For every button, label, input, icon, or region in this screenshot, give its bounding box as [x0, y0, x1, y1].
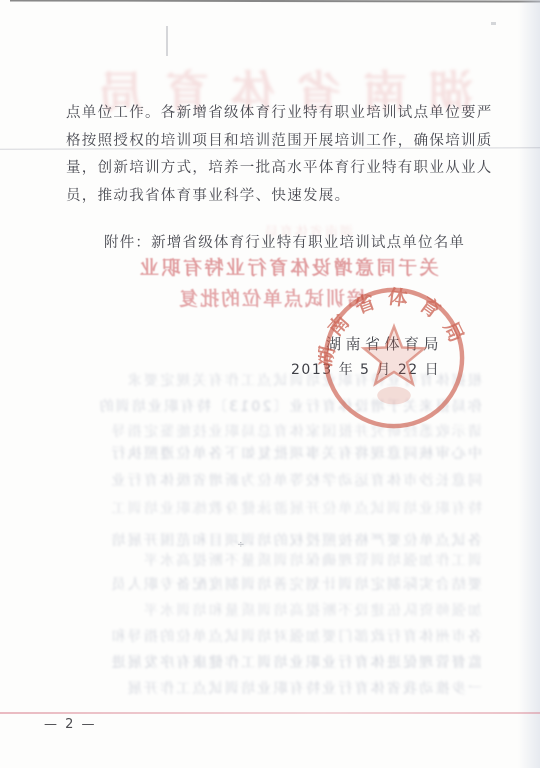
bleedthrough-gray-line: 同意长沙市体育运动学校等单位为新增省级体育行业 — [56, 470, 482, 490]
body-line: 量，创新培训方式，培养一批高水平体育行业特有职业从业人 — [66, 155, 486, 183]
bleedthrough-gray-line: 要结合实际制定培训计划完善培训制度配备专职人员 — [56, 574, 482, 594]
body-line: 点单位工作。各新增省级体育行业特有职业培训试点单位要严 — [66, 100, 486, 128]
bleedthrough-red-title-line1: 关于同意增设体育行业特有职业 — [136, 253, 440, 280]
body-paragraph: 点单位工作。各新增省级体育行业特有职业培训试点单位要严 格按照授权的培训项目和培… — [66, 100, 486, 210]
scan-edge-line — [10, 0, 540, 3]
bleedthrough-gray-line: 特有职业培训试点单位开展游泳健身教练职业培训工 — [56, 498, 482, 518]
body-line: 格按照授权的培训项目和培训范围开展培训工作，确保培训质 — [66, 128, 486, 156]
bleedthrough-gray-line: 中心审核同意现将有关事项批复如下各单位遵照执行 — [56, 443, 482, 463]
footer-crease-line — [0, 712, 540, 714]
bleedthrough-gray-line: 一步推动我省体育行业特有职业培训试点工作开展 — [56, 678, 482, 698]
bleedthrough-gray-line: 各市州体育行政部门要加强对培训试点单位的指导和 — [56, 626, 482, 646]
scan-smudge — [166, 26, 168, 56]
scan-shadow-band — [518, 0, 540, 768]
scan-smudge — [491, 22, 496, 25]
official-seal: 湖南省体育局 — [318, 283, 470, 433]
seal-smudge — [377, 387, 411, 405]
bleedthrough-gray-line: 加强师资队伍建设不断提高培训质量和培训水平 — [56, 600, 482, 620]
bleedthrough-gray-line: 监督管理促进体育行业职业培训工作健康有序发展进 — [56, 652, 482, 672]
bleedthrough-gray-line: 各试点单位要严格按照授权的培训项目和范围开展培 — [56, 530, 482, 550]
seal-star-icon — [364, 326, 424, 384]
bleedthrough-gray-line: 训工作加强培训管理确保培训质量不断提高水平 — [56, 550, 482, 570]
attachment-reference-line: 附件：新增省级体育行业特有职业培训试点单位名单 — [104, 231, 465, 252]
scanned-document-page: ÷ 湖南省体育局 湖南省体育局 关于同意增设体育行业特有职业 培训试点单位的批复… — [0, 0, 540, 768]
page-number: — 2 — — [44, 717, 97, 732]
body-line: 员，推动我省体育事业科学、快速发展。 — [66, 183, 486, 211]
